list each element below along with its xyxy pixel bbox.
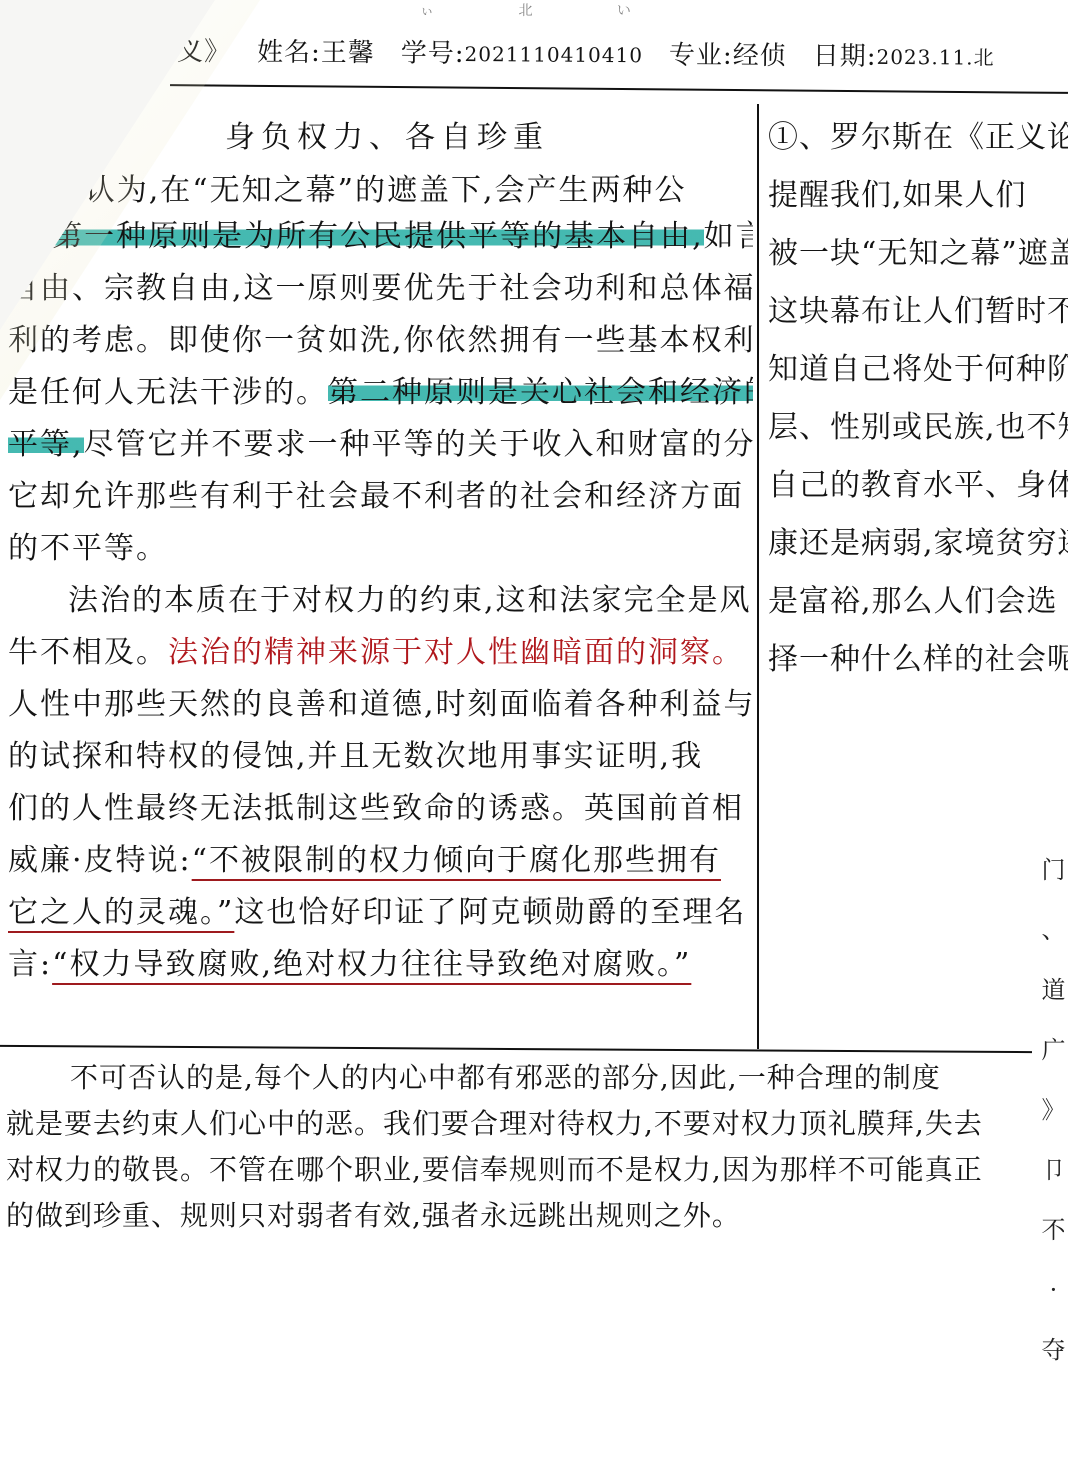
edge-char: 、 [1042,900,1067,960]
line-text: 尽管它并不要求一种平等的关于收入和财富的分配,但 [84,427,753,462]
line-text: 自由、宗教自由,这一原则要优先于社会功利和总体福 [8,271,753,306]
line-text: 如言 [704,219,753,254]
line-text: 认为,在“无知之幕”的遮盖下,会产生两种公 [85,173,687,208]
edge-char: 不 [1042,1200,1067,1260]
footnote-line: 提醒我们,如果人们 [768,168,1068,226]
edge-char: 夺 [1042,1320,1067,1380]
essay-line: 人性中那些天然的良善和道德,时刻面临着各种利益与 [8,680,753,732]
footnote-line: 知道自己将处于何种阶 [768,342,1068,400]
essay-line: 利的考虑。即使你一贫如洗,你依然拥有一些基本权利也 [8,316,753,368]
header-info-line: 正义》 姓名: 王馨 学号: 2021110410410 专业: 经侦 日期: … [150,35,1068,75]
highlighted-text: 第二种原则是关心社会和经济的 [328,375,753,410]
column-divider [757,104,759,1049]
student-id-value: 2021110410410 [464,37,643,72]
name-label: 姓名: [257,36,321,70]
essay-line: 它之人的灵魂。”这也恰好印证了阿克顿勋爵的至理名 [8,888,753,940]
essay-line: 威廉·皮特说:“不被限制的权力倾向于腐化那些拥有 [8,836,753,888]
line-text: 们的人性最终无法抵制这些致命的诱惑。英国前首相 [8,791,744,826]
red-ink-text: 法治的精神来源于对人性幽暗面的洞察。 [168,635,744,670]
essay-body: 尔斯①认为,在“无知之幕”的遮盖下,会产生两种公 则:第一种原则是为所有公民提供… [8,160,753,992]
footnote-line: ①、罗尔斯在《正义论》中 [768,110,1068,168]
edge-char: 》 [1042,1080,1067,1140]
footnote-line: 择一种什么样的社会呢? [768,632,1068,690]
major-value: 经侦 [733,39,787,73]
paper-page: ぃ 北 い 正义》 姓名: 王馨 学号: 2021110410410 专业: 经… [0,0,1068,1476]
essay-line: 法治的本质在于对权力的约束,这和法家完全是风马 [8,576,753,628]
underlined-quote: 它之人的灵魂。” [8,895,234,930]
line-text: 言: [8,947,52,982]
major-label: 专业: [669,38,733,72]
footnote-line: 自己的教育水平、身体健 [768,458,1068,516]
essay-line: 牛不相及。法治的精神来源于对人性幽暗面的洞察。 [8,628,753,680]
essay-line: 们的人性最终无法抵制这些致命的诱惑。英国前首相 [8,784,753,836]
line-text: 利的考虑。即使你一贫如洗,你依然拥有一些基本权利也 [8,323,753,358]
highlighted-text: 第一种原则是为所有公民提供平等的基本自由, [52,219,704,254]
essay-line: 它却允许那些有利于社会最不利者的社会和经济方面 [8,472,753,524]
essay-line: 是任何人无法干涉的。第二种原则是关心社会和经济的 [8,368,753,420]
name-field: 姓名: 王馨 [257,36,375,71]
essay-line: 平等,尽管它并不要求一种平等的关于收入和财富的分配,但 [8,420,753,472]
line-text: 是任何人无法干涉的。 [8,375,328,410]
edge-char: 道 [1042,960,1067,1020]
conclusion-line: 的做到珍重、规则只对弱者有效,强者永远跳出规则之外。 [6,1194,1026,1240]
essay-line: 的不平等。 [8,524,753,576]
line-text: 威廉·皮特说: [8,843,192,878]
edge-char: · [1050,1260,1059,1320]
line-text: 的不平等。 [8,531,168,566]
conclusion-line: 不可否认的是,每个人的内心中都有邪恶的部分,因此,一种合理的制度 [6,1056,1026,1102]
footnote-line: 被一块“无知之幕”遮盖, [768,226,1068,284]
essay-line: 自由、宗教自由,这一原则要优先于社会功利和总体福 [8,264,753,316]
edge-char: 门 [1042,840,1067,900]
essay-line: 则:第一种原则是为所有公民提供平等的基本自由,如言 [8,212,753,264]
date-label: 日期: [813,39,877,73]
name-value: 王馨 [321,36,375,70]
underlined-quote: “权力导致腐败,绝对权力往往导致绝对腐败。” [52,947,691,982]
line-text: 牛不相及。 [8,635,168,670]
line-text: 它却允许那些有利于社会最不利者的社会和经济方面 [8,479,744,514]
major-field: 专业: 经侦 [669,38,787,73]
conclusion-line: 就是要去约束人们心中的恶。我们要合理对待权力,不要对权力顶礼膜拜,失去 [6,1102,1026,1148]
footnote-line: 层、性别或民族,也不知 [768,400,1068,458]
edge-char: 广 [1042,1020,1067,1080]
essay-title: 身负权力、各自珍重 [225,112,549,156]
edge-char: 卩 [1042,1140,1067,1200]
line-text: 人性中那些天然的良善和道德,时刻面临着各种利益与 [8,687,753,722]
student-id-field: 学号: 2021110410410 [401,37,643,73]
conclusion-line: 对权力的敬畏。不管在哪个职业,要信奉规则而不是权力,因为那样不可能真正 [6,1148,1026,1194]
student-id-label: 学号: [401,37,465,71]
line-text: 这也恰好印证了阿克顿勋爵的至理名 [234,895,746,930]
underlined-quote: “不被限制的权力倾向于腐化那些拥有 [192,843,721,878]
footnote-line: 这块幕布让人们暂时不 [768,284,1068,342]
footnote-column: ①、罗尔斯在《正义论》中 提醒我们,如果人们 被一块“无知之幕”遮盖, 这块幕布… [768,110,1068,690]
essay-line: 言:“权力导致腐败,绝对权力往往导致绝对腐败。” [8,940,753,992]
footnote-line: 是富裕,那么人们会选 [768,574,1068,632]
date-field: 日期: 2023.11.北 [813,39,995,74]
footnote-line: 康还是病弱,家境贫穷还 [768,516,1068,574]
line-text: 的试探和特权的侵蚀,并且无数次地用事实证明,我 [8,739,703,774]
essay-line: 的试探和特权的侵蚀,并且无数次地用事实证明,我 [8,732,753,784]
conclusion-paragraph: 不可否认的是,每个人的内心中都有邪恶的部分,因此,一种合理的制度 就是要去约束人… [6,1056,1026,1240]
line-text: 法治的本质在于对权力的约束,这和法家完全是风马 [68,583,753,618]
date-value: 2023.11.北 [876,40,994,75]
header-divider [170,84,1068,94]
adjacent-page-edge: 门 、 道 广 》 卩 不 · 夺 [1040,840,1068,1380]
highlighted-text: 平等, [8,427,84,462]
section-divider [0,1045,1032,1053]
bleed-through-text: ぃ 北 い [420,0,671,20]
